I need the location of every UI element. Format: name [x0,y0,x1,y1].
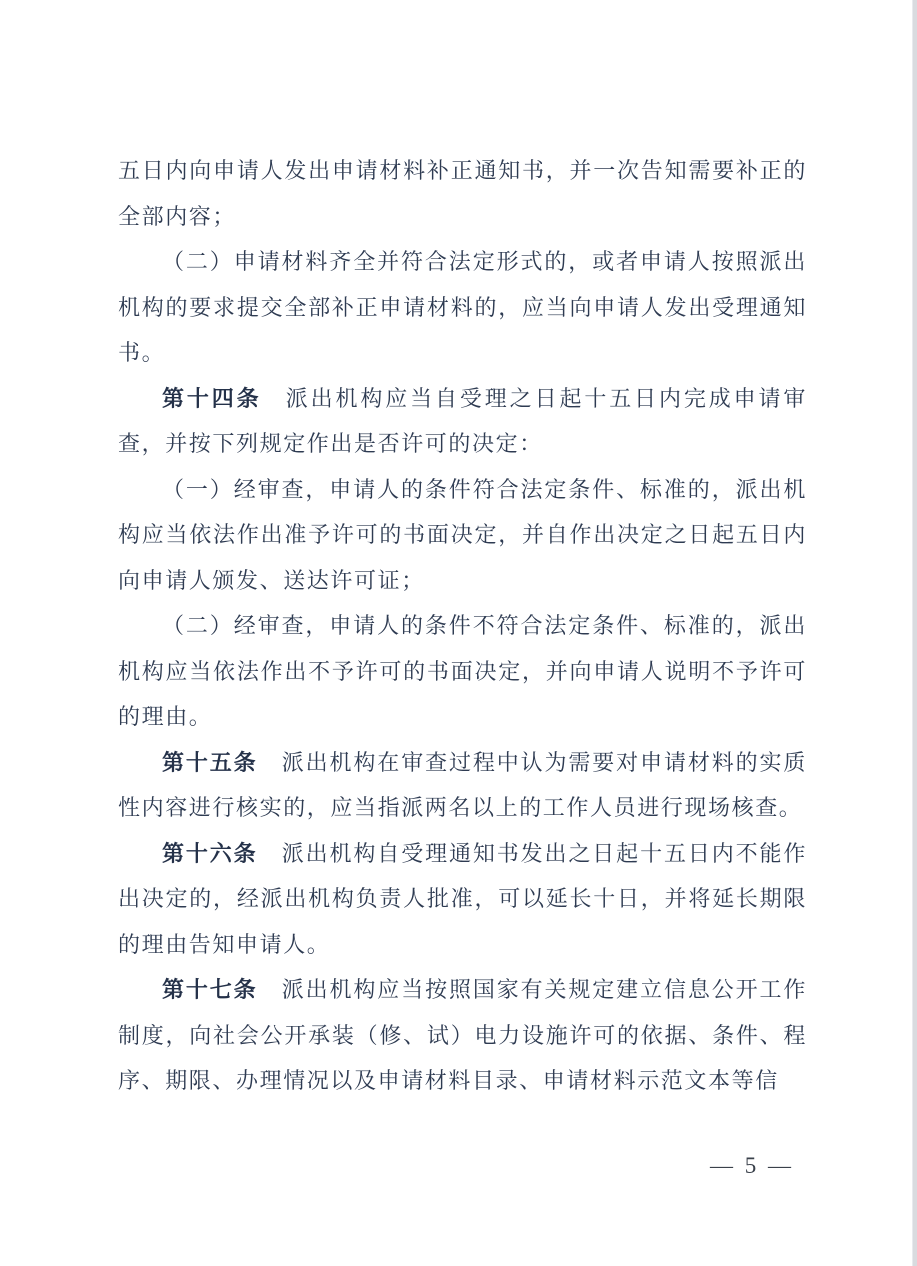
page-text-block: 五日内向申请人发出申请材料补正通知书，并一次告知需要补正的全部内容； （二）申请… [118,148,807,1104]
paragraph-item-1: （一）经审查，申请人的条件符合法定条件、标准的，派出机构应当依法作出准予许可的书… [118,467,807,604]
article-14-heading: 第十四条 [162,386,262,411]
page-edge-right [912,0,917,1266]
article-17-heading: 第十七条 [162,977,258,1002]
paragraph-continuation: 五日内向申请人发出申请材料补正通知书，并一次告知需要补正的全部内容； [118,148,807,239]
document-page: 五日内向申请人发出申请材料补正通知书，并一次告知需要补正的全部内容； （二）申请… [0,0,917,1266]
paragraph-article-15: 第十五条派出机构在审查过程中认为需要对申请材料的实质性内容进行核实的，应当指派两… [118,740,807,831]
paragraph-article-16: 第十六条派出机构自受理通知书发出之日起十五日内不能作出决定的，经派出机构负责人批… [118,831,807,968]
paragraph-item-2: （二）申请材料齐全并符合法定形式的，或者申请人按照派出机构的要求提交全部补正申请… [118,239,807,376]
page-number: — 5 — [118,1150,794,1182]
document-viewer: 五日内向申请人发出申请材料补正通知书，并一次告知需要补正的全部内容； （二）申请… [0,0,917,1266]
paragraph-article-14: 第十四条派出机构应当自受理之日起十五日内完成申请审查，并按下列规定作出是否许可的… [118,376,807,467]
article-15-heading: 第十五条 [162,750,258,775]
paragraph-item-2b: （二）经审查，申请人的条件不符合法定条件、标准的，派出机构应当依法作出不予许可的… [118,603,807,740]
paragraph-article-17: 第十七条派出机构应当按照国家有关规定建立信息公开工作制度，向社会公开承装（修、试… [118,967,807,1104]
article-16-heading: 第十六条 [162,841,258,866]
